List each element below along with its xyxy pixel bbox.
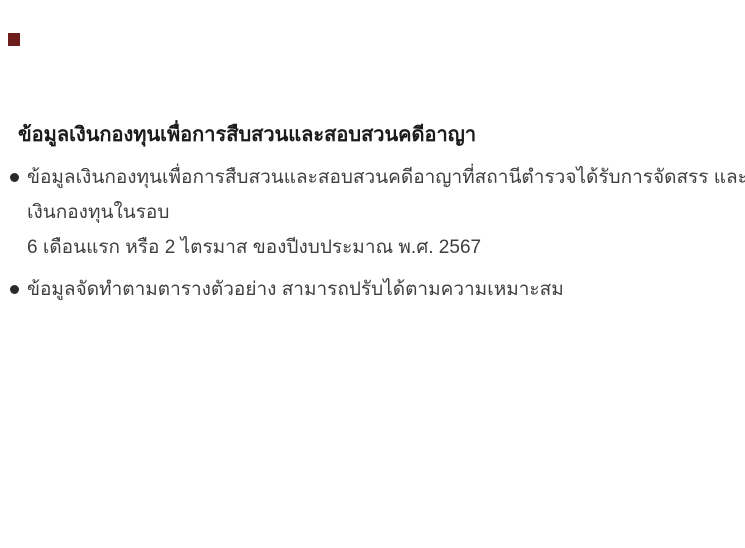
bullet-item-fund-data: ข้อมูลเงินกองทุนเพื่อการสืบสวนและสอบสวนค… bbox=[10, 160, 731, 265]
bullet-line: 6 เดือนแรก หรือ 2 ไตรมาส ของปีงบประมาณ พ… bbox=[27, 230, 731, 265]
red-square-decoration bbox=[8, 33, 20, 46]
bullet-text: ข้อมูลเงินกองทุนเพื่อการสืบสวนและสอบสวนค… bbox=[27, 160, 731, 265]
bullet-dot-icon bbox=[10, 285, 19, 294]
bullet-line: ข้อมูลเงินกองทุนเพื่อการสืบสวนและสอบสวนค… bbox=[27, 160, 731, 195]
slide-canvas: ข้อมูลเงินกองทุนเพื่อการสืบสวนและสอบสวนค… bbox=[0, 0, 745, 548]
bullet-text: ข้อมูลจัดทำตามตารางตัวอย่าง สามารถปรับได… bbox=[27, 272, 564, 307]
bullet-line: เงินกองทุนในรอบ bbox=[27, 195, 731, 230]
bullet-dot-icon bbox=[10, 173, 19, 182]
bullet-line: ข้อมูลจัดทำตามตารางตัวอย่าง สามารถปรับได… bbox=[27, 272, 564, 307]
bullet-list: ข้อมูลเงินกองทุนเพื่อการสืบสวนและสอบสวนค… bbox=[10, 160, 731, 314]
slide-title: ข้อมูลเงินกองทุนเพื่อการสืบสวนและสอบสวนค… bbox=[18, 120, 731, 150]
bullet-item-table-note: ข้อมูลจัดทำตามตารางตัวอย่าง สามารถปรับได… bbox=[10, 272, 731, 307]
